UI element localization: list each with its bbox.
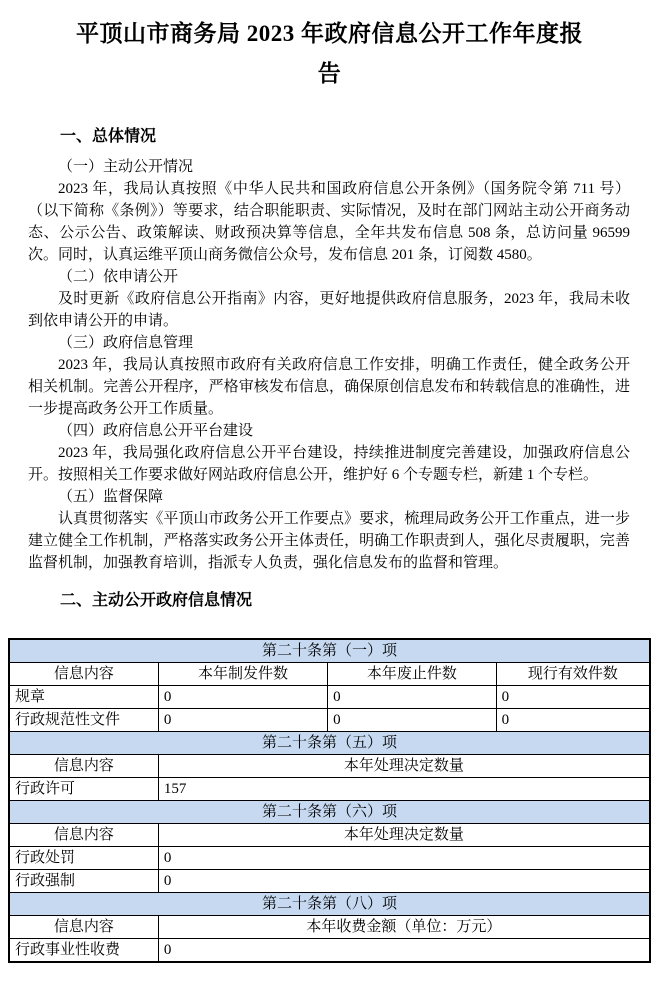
table-row: 行政事业性收费0 — [9, 939, 650, 963]
table-section-row: 第二十条第（八）项 — [9, 893, 650, 916]
value-cell: 0 — [158, 847, 650, 870]
section-heading-overview: 一、总体情况 — [28, 126, 630, 148]
value-cell: 0 — [328, 709, 497, 732]
table-row: 行政许可157 — [9, 778, 650, 801]
table-column-header-row: 信息内容本年处理决定数量 — [9, 824, 650, 847]
value-cell: 157 — [158, 778, 650, 801]
column-header-cell: 信息内容 — [9, 663, 158, 686]
value-cell: 0 — [158, 686, 327, 709]
table-section-header: 第二十条第（六）项 — [9, 801, 650, 824]
column-header-cell: 信息内容 — [9, 824, 158, 847]
column-header-cell: 本年收费金额（单位：万元） — [158, 916, 650, 939]
paragraph: 2023 年，我局认真按照市政府有关政府信息工作安排，明确工作责任，健全政务公开… — [28, 354, 630, 420]
section-heading-proactive-disclosure: 二、主动公开政府信息情况 — [28, 590, 630, 612]
document-title: 平顶山市商务局 2023 年政府信息公开工作年度报告 — [65, 14, 595, 94]
paragraph: 及时更新《政府信息公开指南》内容，更好地提供政府信息服务，2023 年，我局未收… — [28, 288, 630, 332]
paragraph: 认真贯彻落实《平顶山市政务公开工作要点》要求，梳理局政务公开工作重点，进一步建立… — [28, 508, 630, 574]
row-label-cell: 行政事业性收费 — [9, 939, 158, 963]
row-label-cell: 行政规范性文件 — [9, 709, 158, 732]
paragraph: 2023 年，我局强化政府信息公开平台建设，持续推进制度完善建设，加强政府信息公… — [28, 442, 630, 486]
table-row: 行政规范性文件000 — [9, 709, 650, 732]
row-label-cell: 行政处罚 — [9, 847, 158, 870]
paragraph: （一）主动公开情况 — [28, 156, 630, 178]
table-row: 行政强制0 — [9, 870, 650, 893]
section-overview-body: （一）主动公开情况2023 年，我局认真按照《中华人民共和国政府信息公开条例》（… — [0, 156, 659, 574]
column-header-cell: 信息内容 — [9, 755, 158, 778]
value-cell: 0 — [158, 709, 327, 732]
table-section-header: 第二十条第（一）项 — [9, 639, 650, 663]
paragraph: 2023 年，我局认真按照《中华人民共和国政府信息公开条例》（国务院令第 711… — [28, 178, 630, 266]
column-header-cell: 本年处理决定数量 — [158, 755, 650, 778]
paragraph: （三）政府信息管理 — [28, 332, 630, 354]
paragraph: （二）依申请公开 — [28, 266, 630, 288]
column-header-cell: 本年废止件数 — [328, 663, 497, 686]
value-cell: 0 — [496, 709, 650, 732]
table-column-header-row: 信息内容本年收费金额（单位：万元） — [9, 916, 650, 939]
table-section-row: 第二十条第（一）项 — [9, 639, 650, 663]
column-header-cell: 现行有效件数 — [496, 663, 650, 686]
row-label-cell: 规章 — [9, 686, 158, 709]
row-label-cell: 行政许可 — [9, 778, 158, 801]
column-header-cell: 信息内容 — [9, 916, 158, 939]
document-page: 平顶山市商务局 2023 年政府信息公开工作年度报告 一、总体情况 （一）主动公… — [0, 0, 659, 1008]
column-header-cell: 本年处理决定数量 — [158, 824, 650, 847]
table-column-header-row: 信息内容本年制发件数本年废止件数现行有效件数 — [9, 663, 650, 686]
paragraph: （五）监督保障 — [28, 486, 630, 508]
info-disclosure-table: 第二十条第（一）项信息内容本年制发件数本年废止件数现行有效件数规章000行政规范… — [8, 638, 651, 963]
value-cell: 0 — [496, 686, 650, 709]
column-header-cell: 本年制发件数 — [158, 663, 327, 686]
table-row: 规章000 — [9, 686, 650, 709]
table-section-header: 第二十条第（八）项 — [9, 893, 650, 916]
table-section-row: 第二十条第（六）项 — [9, 801, 650, 824]
table-section-row: 第二十条第（五）项 — [9, 732, 650, 755]
value-cell: 0 — [328, 686, 497, 709]
value-cell: 0 — [158, 939, 650, 963]
row-label-cell: 行政强制 — [9, 870, 158, 893]
table-row: 行政处罚0 — [9, 847, 650, 870]
table-column-header-row: 信息内容本年处理决定数量 — [9, 755, 650, 778]
value-cell: 0 — [158, 870, 650, 893]
paragraph: （四）政府信息公开平台建设 — [28, 420, 630, 442]
table-section-header: 第二十条第（五）项 — [9, 732, 650, 755]
